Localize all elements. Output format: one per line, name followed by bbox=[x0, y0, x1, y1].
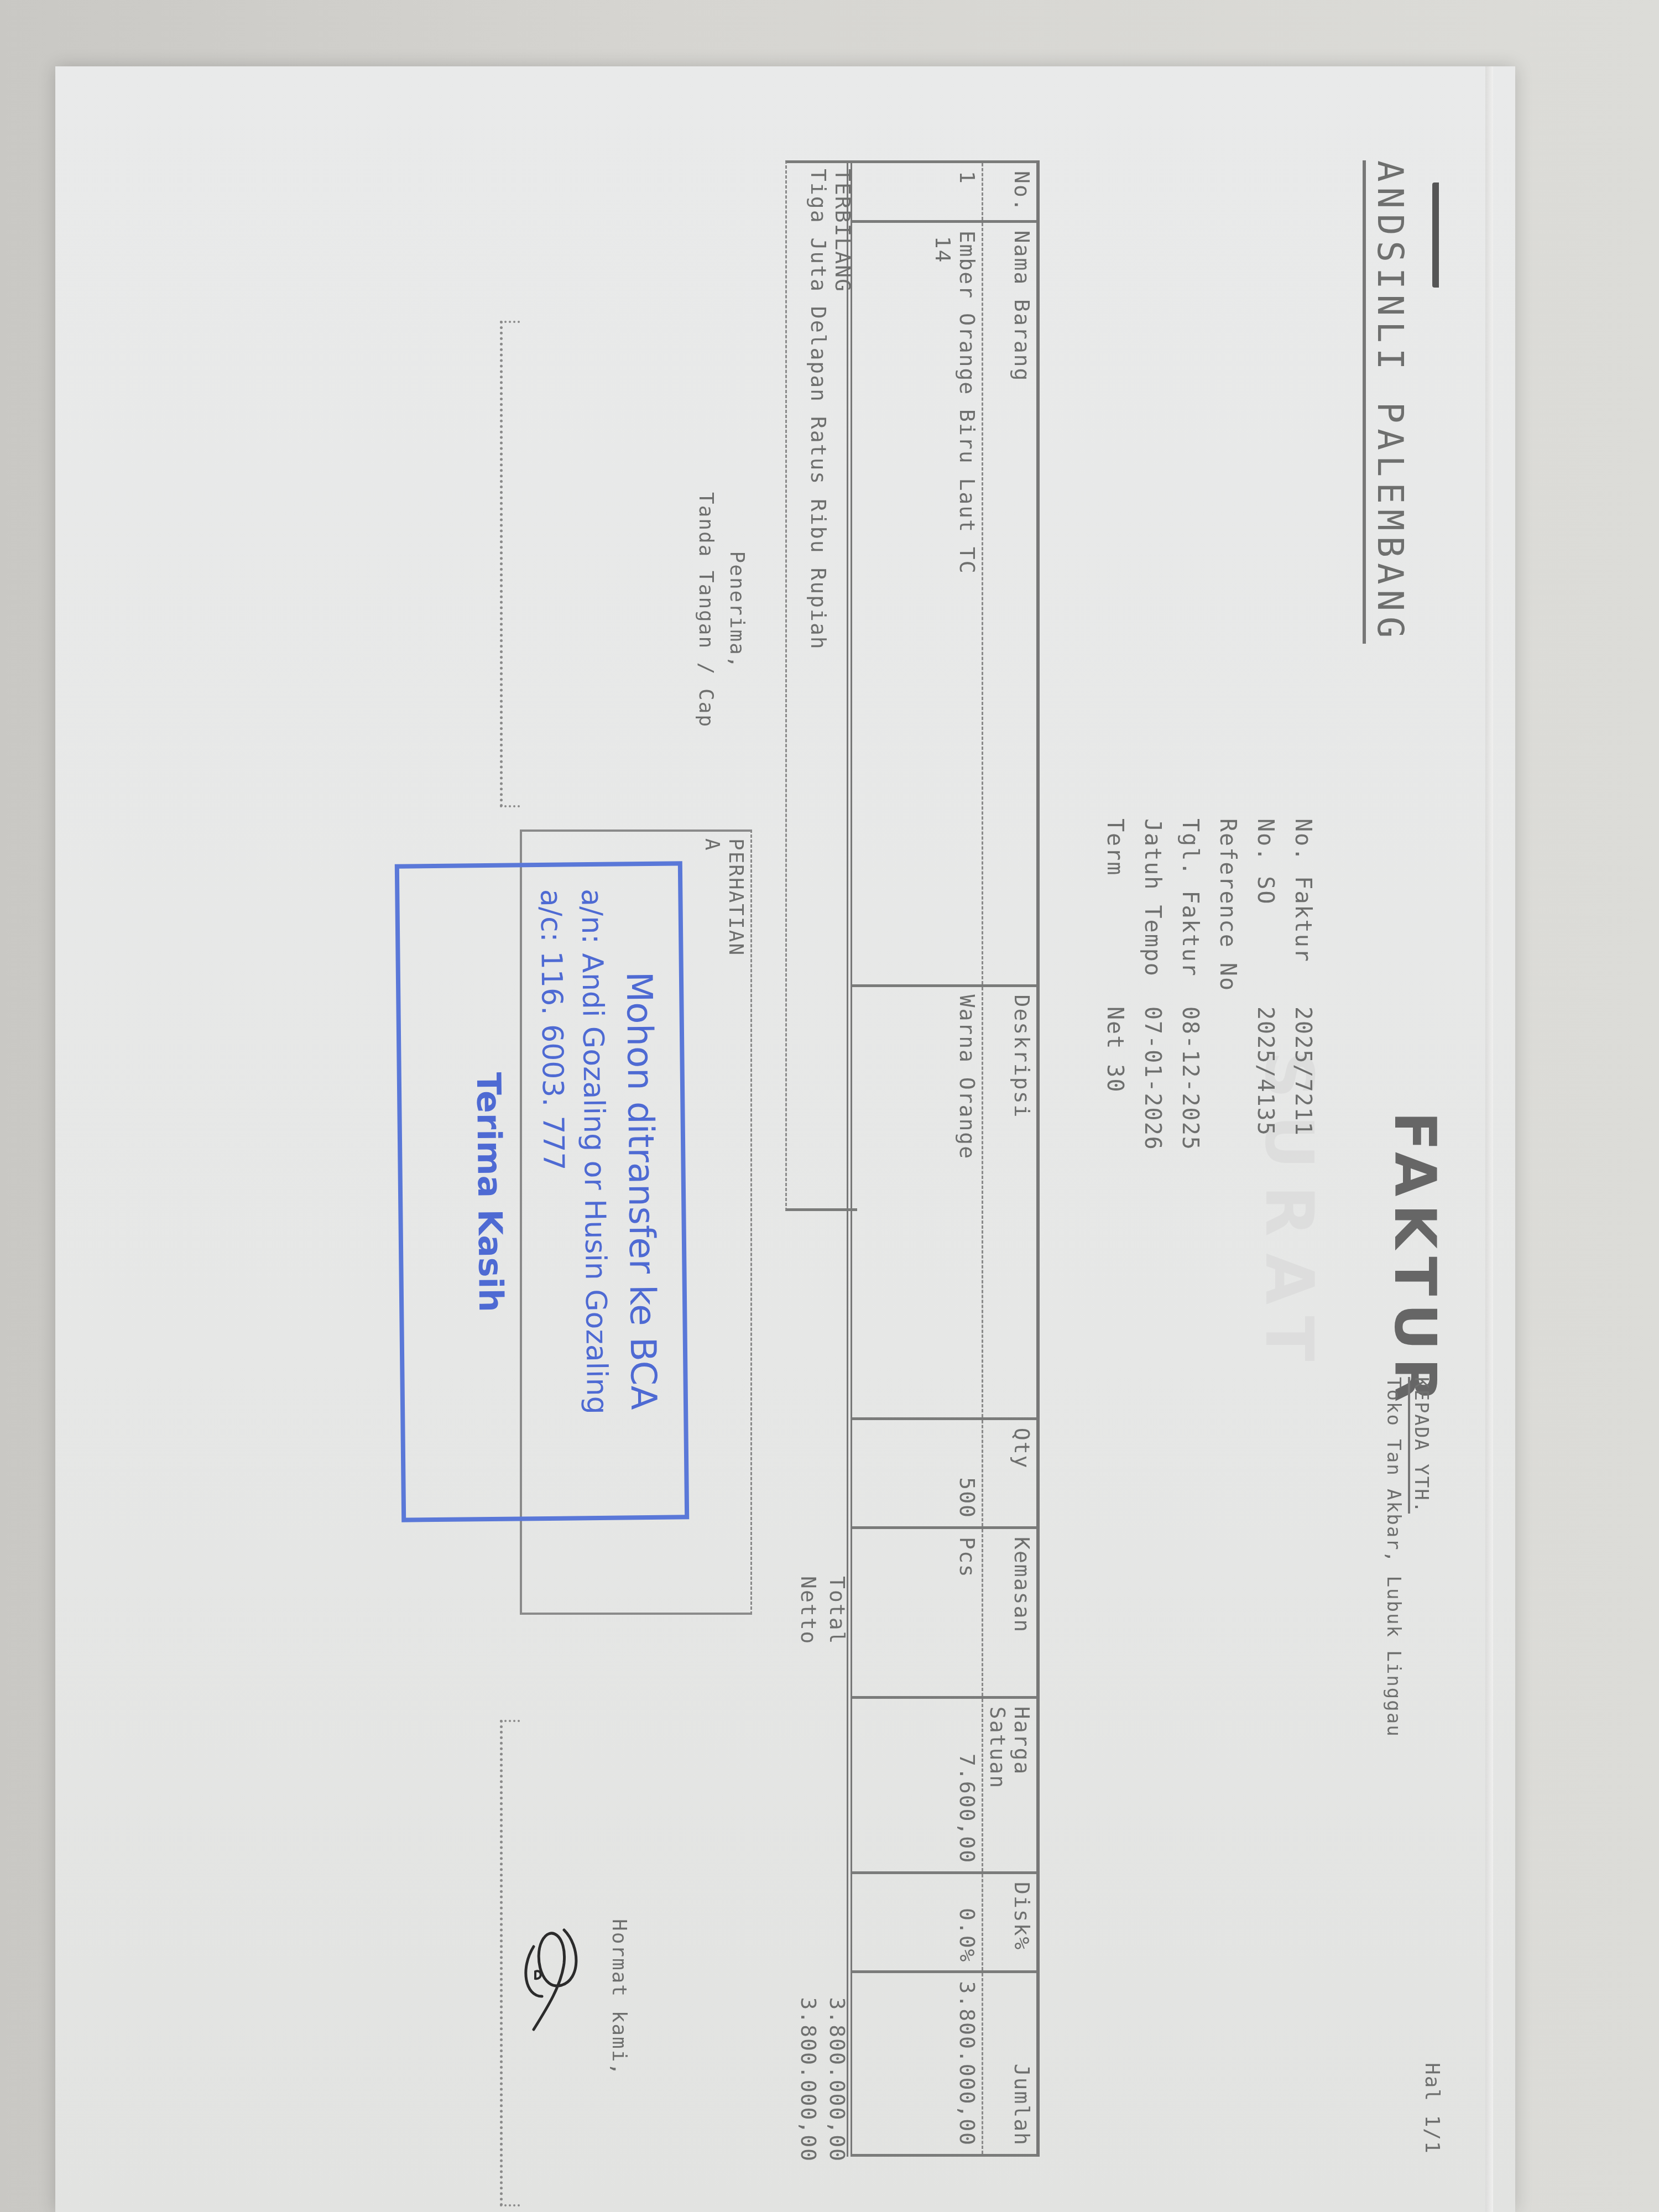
meta-value: 2025/7211 bbox=[1284, 1006, 1322, 1136]
meta-row-reference-no: Reference No bbox=[1209, 818, 1246, 1151]
netto-label: Netto bbox=[794, 1576, 823, 1645]
cell-qty: 500 bbox=[850, 1418, 983, 1527]
receiver-label: Penerima, bbox=[721, 492, 752, 728]
meta-row-term: Term Net 30 bbox=[1096, 818, 1134, 1151]
item-name-line1: Ember Orange Biru Laut TC bbox=[955, 231, 979, 977]
header-no: No. bbox=[983, 162, 1039, 222]
receiver-caption: Tanda Tangan / Cap bbox=[690, 492, 721, 728]
meta-row-invoice-date: Tgl. Faktur 08-12-2025 bbox=[1171, 818, 1209, 1151]
meta-label: No. SO bbox=[1246, 818, 1284, 1006]
terbilang-label: TERBILANG bbox=[831, 169, 855, 1203]
meta-value: 08-12-2025 bbox=[1171, 1006, 1209, 1151]
recipient-label: KEPADA YTH. bbox=[1408, 1377, 1432, 1514]
recipient-block: KEPADA YTH. Toko Tan Akbar, Lubuk Lingga… bbox=[1383, 1377, 1432, 1738]
sender-signature-line bbox=[500, 1720, 520, 2206]
stamp-line-thanks: Terima Kasih bbox=[467, 890, 512, 1495]
table-header-row: No. Nama Barang Deskripsi Qty Kemasan Ha… bbox=[983, 162, 1039, 2156]
items-table: No. Nama Barang Deskripsi Qty Kemasan Ha… bbox=[847, 160, 1040, 2157]
company-name: ANDSINLI PALEMBANG bbox=[1363, 160, 1410, 644]
header-discount: Disk% bbox=[983, 1873, 1039, 1972]
meta-value: 07-01-2026 bbox=[1134, 1006, 1171, 1151]
invoice-meta: No. Faktur 2025/7211 No. SO 2025/4135 Re… bbox=[1096, 818, 1322, 1151]
bank-transfer-stamp: Mohon ditransfer ke BCA a/n: Andi Gozali… bbox=[395, 861, 689, 1522]
receiver-signature-line bbox=[500, 321, 520, 807]
stamp-line-account-number: a/c: 116. 6003. 777 bbox=[530, 889, 577, 1494]
total-label: Total bbox=[823, 1576, 852, 1645]
document-title: FAKTUR bbox=[1381, 1112, 1449, 1410]
header-unit-price: Harga Satuan bbox=[983, 1697, 1039, 1872]
netto-value: 3.800.000,00 bbox=[794, 1997, 823, 2162]
header-description: Deskripsi bbox=[983, 985, 1039, 1418]
meta-label: Jatuh Tempo bbox=[1134, 818, 1171, 1006]
netto-row: Netto 3.800.000,00 bbox=[794, 1576, 823, 2162]
totals-block: Total 3.800.000,00 Netto 3.800.000,00 bbox=[794, 1576, 852, 2162]
cell-amount: 3.800.000,00 bbox=[850, 1972, 983, 2156]
header-qty: Qty bbox=[983, 1418, 1039, 1527]
receiver-block: Penerima, Tanda Tangan / Cap bbox=[690, 492, 752, 728]
table-row: 1 Ember Orange Biru Laut TC 14 Warna Ora… bbox=[850, 162, 983, 2156]
invoice-document: SURAT ANDSINLI PALEMBANG FAKTUR KEPADA Y… bbox=[111, 138, 1493, 2184]
meta-row-due-date: Jatuh Tempo 07-01-2026 bbox=[1134, 818, 1171, 1151]
recipient-name: Toko Tan Akbar, Lubuk Linggau bbox=[1383, 1377, 1405, 1738]
header-item-name: Nama Barang bbox=[983, 221, 1039, 985]
attention-label: PERHATIAN bbox=[724, 838, 747, 1606]
total-value: 3.800.000,00 bbox=[823, 1997, 852, 2162]
attention-text: A bbox=[701, 838, 723, 1606]
meta-value: Net 30 bbox=[1096, 1006, 1134, 1093]
stamp-line-account-name: a/n: Andi Gozaling or Husin Gozaling bbox=[571, 889, 618, 1494]
cell-discount: 0.0% bbox=[850, 1873, 983, 1972]
page-number: Hal 1/1 bbox=[1421, 2063, 1443, 2154]
meta-label: Tgl. Faktur bbox=[1171, 818, 1209, 1006]
cell-no: 1 bbox=[850, 162, 983, 222]
meta-row-so-no: No. SO 2025/4135 bbox=[1246, 818, 1284, 1151]
stamp-line-transfer: Mohon ditransfer ke BCA bbox=[617, 888, 664, 1494]
amount-in-words: TERBILANG Tiga Juta Delapan Ratus Ribu R… bbox=[785, 160, 857, 1211]
header-packaging: Kemasan bbox=[983, 1528, 1039, 1698]
meta-label: Term bbox=[1096, 818, 1134, 1006]
meta-row-invoice-no: No. Faktur 2025/7211 bbox=[1284, 818, 1322, 1151]
cell-unit-price: 7.600,00 bbox=[850, 1697, 983, 1872]
sender-label: Hormat kami, bbox=[608, 1919, 630, 2076]
meta-label: Reference No bbox=[1209, 818, 1246, 1006]
cell-description: Warna Orange bbox=[850, 985, 983, 1418]
meta-label: No. Faktur bbox=[1284, 818, 1322, 1006]
total-row: Total 3.800.000,00 bbox=[823, 1576, 852, 2162]
terbilang-text: Tiga Juta Delapan Ratus Ribu Rupiah bbox=[806, 169, 831, 1203]
item-name-line2: 14 bbox=[931, 231, 955, 977]
meta-value: 2025/4135 bbox=[1246, 1006, 1284, 1136]
handwritten-signature-icon bbox=[514, 1913, 586, 2041]
cell-packaging: Pcs bbox=[850, 1528, 983, 1698]
header-amount: Jumlah bbox=[983, 1972, 1039, 2156]
cell-item-name: Ember Orange Biru Laut TC 14 bbox=[850, 221, 983, 985]
